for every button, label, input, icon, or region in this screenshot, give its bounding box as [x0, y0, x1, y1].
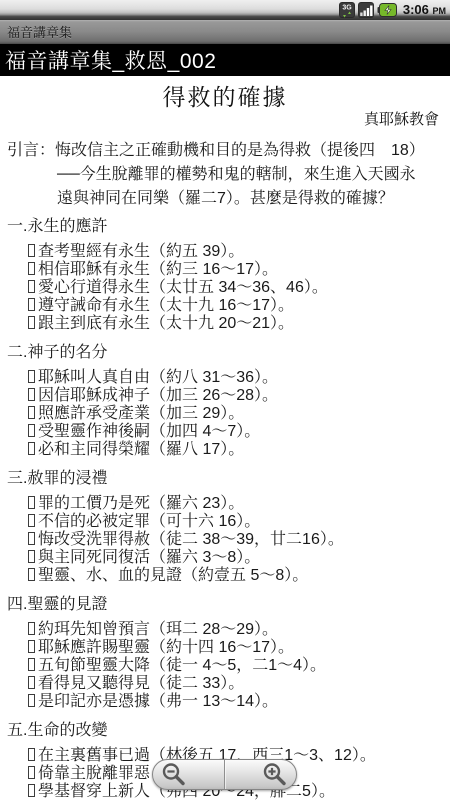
- missing-glyph-box: [28, 244, 35, 257]
- intro-line: ──今生脫離罪的權勢和鬼的轄制，來生進入天國永: [7, 163, 450, 187]
- list-item-text: 因信耶穌成神子（加三 26～28）。: [38, 387, 278, 404]
- list-item-text: 不信的必被定罪（可十六 16）。: [38, 513, 260, 530]
- missing-glyph-box: [28, 532, 35, 545]
- list-item: 悔改受洗罪得赦（徒二 38～39，廿二16）。: [28, 531, 450, 549]
- status-icons: 3G 3:06 PM: [339, 1, 446, 18]
- list-item: 耶穌應許賜聖靈（約十四 16～17）。: [28, 639, 450, 657]
- document-content[interactable]: 得救的確據 真耶穌教會 引言：悔改信主之正確動機和目的是為得救（提後四 18）─…: [0, 76, 450, 800]
- signal-strength-icon: [358, 2, 374, 18]
- android-screen: 3G 3:06 PM 福音講章集 福音講章集_救恩_002: [0, 0, 450, 800]
- missing-glyph-box: [28, 550, 35, 563]
- list-item-text: 受聖靈作神後嗣（加四 4～7）。: [38, 423, 260, 440]
- list-item-text: 跟主到底有永生（太十九 20～21）。: [38, 315, 294, 332]
- list-item-text: 耶穌應許賜聖靈（約十四 16～17）。: [38, 639, 294, 656]
- missing-glyph-box: [28, 388, 35, 401]
- list-item-text: 是印記亦是憑據（弗一 13～14）。: [38, 693, 278, 710]
- list-item-text: 相信耶穌有永生（約三 16～17）。: [38, 261, 278, 278]
- org-name: 真耶穌教會: [0, 111, 439, 129]
- list-item: 必和主同得榮耀（羅八 17）。: [28, 441, 450, 459]
- list-item-text: 照應許承受產業（加三 29）。: [38, 405, 244, 422]
- zoom-controls: [152, 759, 297, 790]
- section-heading: 四.聖靈的見證: [7, 595, 450, 615]
- status-bar: 3G 3:06 PM: [0, 0, 450, 20]
- zoom-out-button[interactable]: [153, 760, 224, 789]
- battery-charging-icon: [377, 3, 397, 17]
- list-item-text: 聖靈、水、血的見證（約壹五 5～8）。: [38, 567, 308, 584]
- intro-paragraph: 引言：悔改信主之正確動機和目的是為得救（提後四 18）──今生脫離罪的權勢和鬼的…: [7, 139, 450, 211]
- list-item-text: 耶穌叫人真自由（約八 31～36）。: [38, 369, 278, 386]
- section: 一.永生的應許查考聖經有永生（約五 39）。相信耶穌有永生（約三 16～17）。…: [0, 217, 450, 333]
- list-item-text: 看得見又聽得見（徒二 33）。: [38, 675, 244, 692]
- list-item: 看得見又聽得見（徒二 33）。: [28, 675, 450, 693]
- section: 三.赦罪的浸禮罪的工價乃是死（羅六 23）。不信的必被定罪（可十六 16）。悔改…: [0, 469, 450, 585]
- list-item: 罪的工價乃是死（羅六 23）。: [28, 495, 450, 513]
- document-title: 福音講章集_救恩_002: [5, 45, 216, 75]
- missing-glyph-box: [28, 568, 35, 581]
- magnifier-minus-icon: [160, 762, 188, 787]
- list-item: 跟主到底有永生（太十九 20～21）。: [28, 315, 450, 333]
- sections-container: 一.永生的應許查考聖經有永生（約五 39）。相信耶穌有永生（約三 16～17）。…: [0, 217, 450, 800]
- list-item: 是印記亦是憑據（弗一 13～14）。: [28, 693, 450, 711]
- document-title-bar: 福音講章集_救恩_002: [0, 44, 450, 76]
- missing-glyph-box: [28, 424, 35, 437]
- app-title-bar: 福音講章集: [0, 20, 450, 44]
- section-items: 約珥先知曾預言（珥二 28～29）。耶穌應許賜聖靈（約十四 16～17）。五旬節…: [28, 621, 450, 711]
- svg-text:3G: 3G: [342, 4, 352, 11]
- missing-glyph-box: [28, 766, 35, 779]
- list-item: 查考聖經有永生（約五 39）。: [28, 243, 450, 261]
- section-heading: 二.神子的名分: [7, 343, 450, 363]
- missing-glyph-box: [28, 658, 35, 671]
- status-time: 3:06 PM: [403, 2, 446, 17]
- list-item: 耶穌叫人真自由（約八 31～36）。: [28, 369, 450, 387]
- missing-glyph-box: [28, 316, 35, 329]
- list-item: 約珥先知曾預言（珥二 28～29）。: [28, 621, 450, 639]
- missing-glyph-box: [28, 640, 35, 653]
- missing-glyph-box: [28, 262, 35, 275]
- missing-glyph-box: [28, 442, 35, 455]
- mobile-data-3g-icon: 3G: [339, 2, 355, 18]
- list-item-text: 罪的工價乃是死（羅六 23）。: [38, 495, 244, 512]
- section-items: 耶穌叫人真自由（約八 31～36）。因信耶穌成神子（加三 26～28）。照應許承…: [28, 369, 450, 459]
- list-item: 遵守誡命有永生（太十九 16～17）。: [28, 297, 450, 315]
- zoom-in-button[interactable]: [225, 760, 296, 789]
- missing-glyph-box: [28, 676, 35, 689]
- list-item-text: 愛心行道得永生（太廿五 34～36、46）。: [38, 279, 328, 296]
- list-item: 照應許承受產業（加三 29）。: [28, 405, 450, 423]
- list-item: 與主同死同復活（羅六 3～8）。: [28, 549, 450, 567]
- section-heading: 三.赦罪的浸禮: [7, 469, 450, 489]
- section-heading: 一.永生的應許: [7, 217, 450, 237]
- list-item-text: 必和主同得榮耀（羅八 17）。: [38, 441, 244, 458]
- missing-glyph-box: [28, 622, 35, 635]
- missing-glyph-box: [28, 514, 35, 527]
- section-items: 罪的工價乃是死（羅六 23）。不信的必被定罪（可十六 16）。悔改受洗罪得赦（徒…: [28, 495, 450, 585]
- list-item: 聖靈、水、血的見證（約壹五 5～8）。: [28, 567, 450, 585]
- missing-glyph-box: [28, 406, 35, 419]
- list-item-text: 與主同死同復活（羅六 3～8）。: [38, 549, 260, 566]
- list-item-text: 遵守誡命有永生（太十九 16～17）。: [38, 297, 294, 314]
- missing-glyph-box: [28, 748, 35, 761]
- missing-glyph-box: [28, 280, 35, 293]
- section-heading: 五.生命的改變: [7, 721, 450, 741]
- section-items: 查考聖經有永生（約五 39）。相信耶穌有永生（約三 16～17）。愛心行道得永生…: [28, 243, 450, 333]
- missing-glyph-box: [28, 370, 35, 383]
- missing-glyph-box: [28, 784, 35, 797]
- app-title: 福音講章集: [7, 22, 72, 41]
- list-item: 受聖靈作神後嗣（加四 4～7）。: [28, 423, 450, 441]
- list-item-text: 約珥先知曾預言（珥二 28～29）。: [38, 621, 278, 638]
- list-item: 不信的必被定罪（可十六 16）。: [28, 513, 450, 531]
- missing-glyph-box: [28, 496, 35, 509]
- list-item-text: 悔改受洗罪得赦（徒二 38～39，廿二16）。: [38, 531, 344, 548]
- list-item: 愛心行道得永生（太廿五 34～36、46）。: [28, 279, 450, 297]
- list-item: 相信耶穌有永生（約三 16～17）。: [28, 261, 450, 279]
- missing-glyph-box: [28, 694, 35, 707]
- intro-line: 遠與神同在同樂（羅二7）。甚麼是得救的確據？: [7, 187, 450, 211]
- page-title: 得救的確據: [0, 83, 450, 111]
- missing-glyph-box: [28, 298, 35, 311]
- magnifier-plus-icon: [261, 762, 289, 787]
- list-item-text: 倚靠主脫離罪惡（: [38, 765, 166, 782]
- section: 四.聖靈的見證約珥先知曾預言（珥二 28～29）。耶穌應許賜聖靈（約十四 16～…: [0, 595, 450, 711]
- list-item: 因信耶穌成神子（加三 26～28）。: [28, 387, 450, 405]
- list-item-text: 五旬節聖靈大降（徒一 4～5，二1～4）。: [38, 657, 326, 674]
- list-item: 五旬節聖靈大降（徒一 4～5，二1～4）。: [28, 657, 450, 675]
- status-time-meridiem: PM: [433, 6, 447, 16]
- section: 二.神子的名分耶穌叫人真自由（約八 31～36）。因信耶穌成神子（加三 26～2…: [0, 343, 450, 459]
- list-item-text: 查考聖經有永生（約五 39）。: [38, 243, 244, 260]
- intro-line: 引言：悔改信主之正確動機和目的是為得救（提後四 18）: [7, 139, 450, 163]
